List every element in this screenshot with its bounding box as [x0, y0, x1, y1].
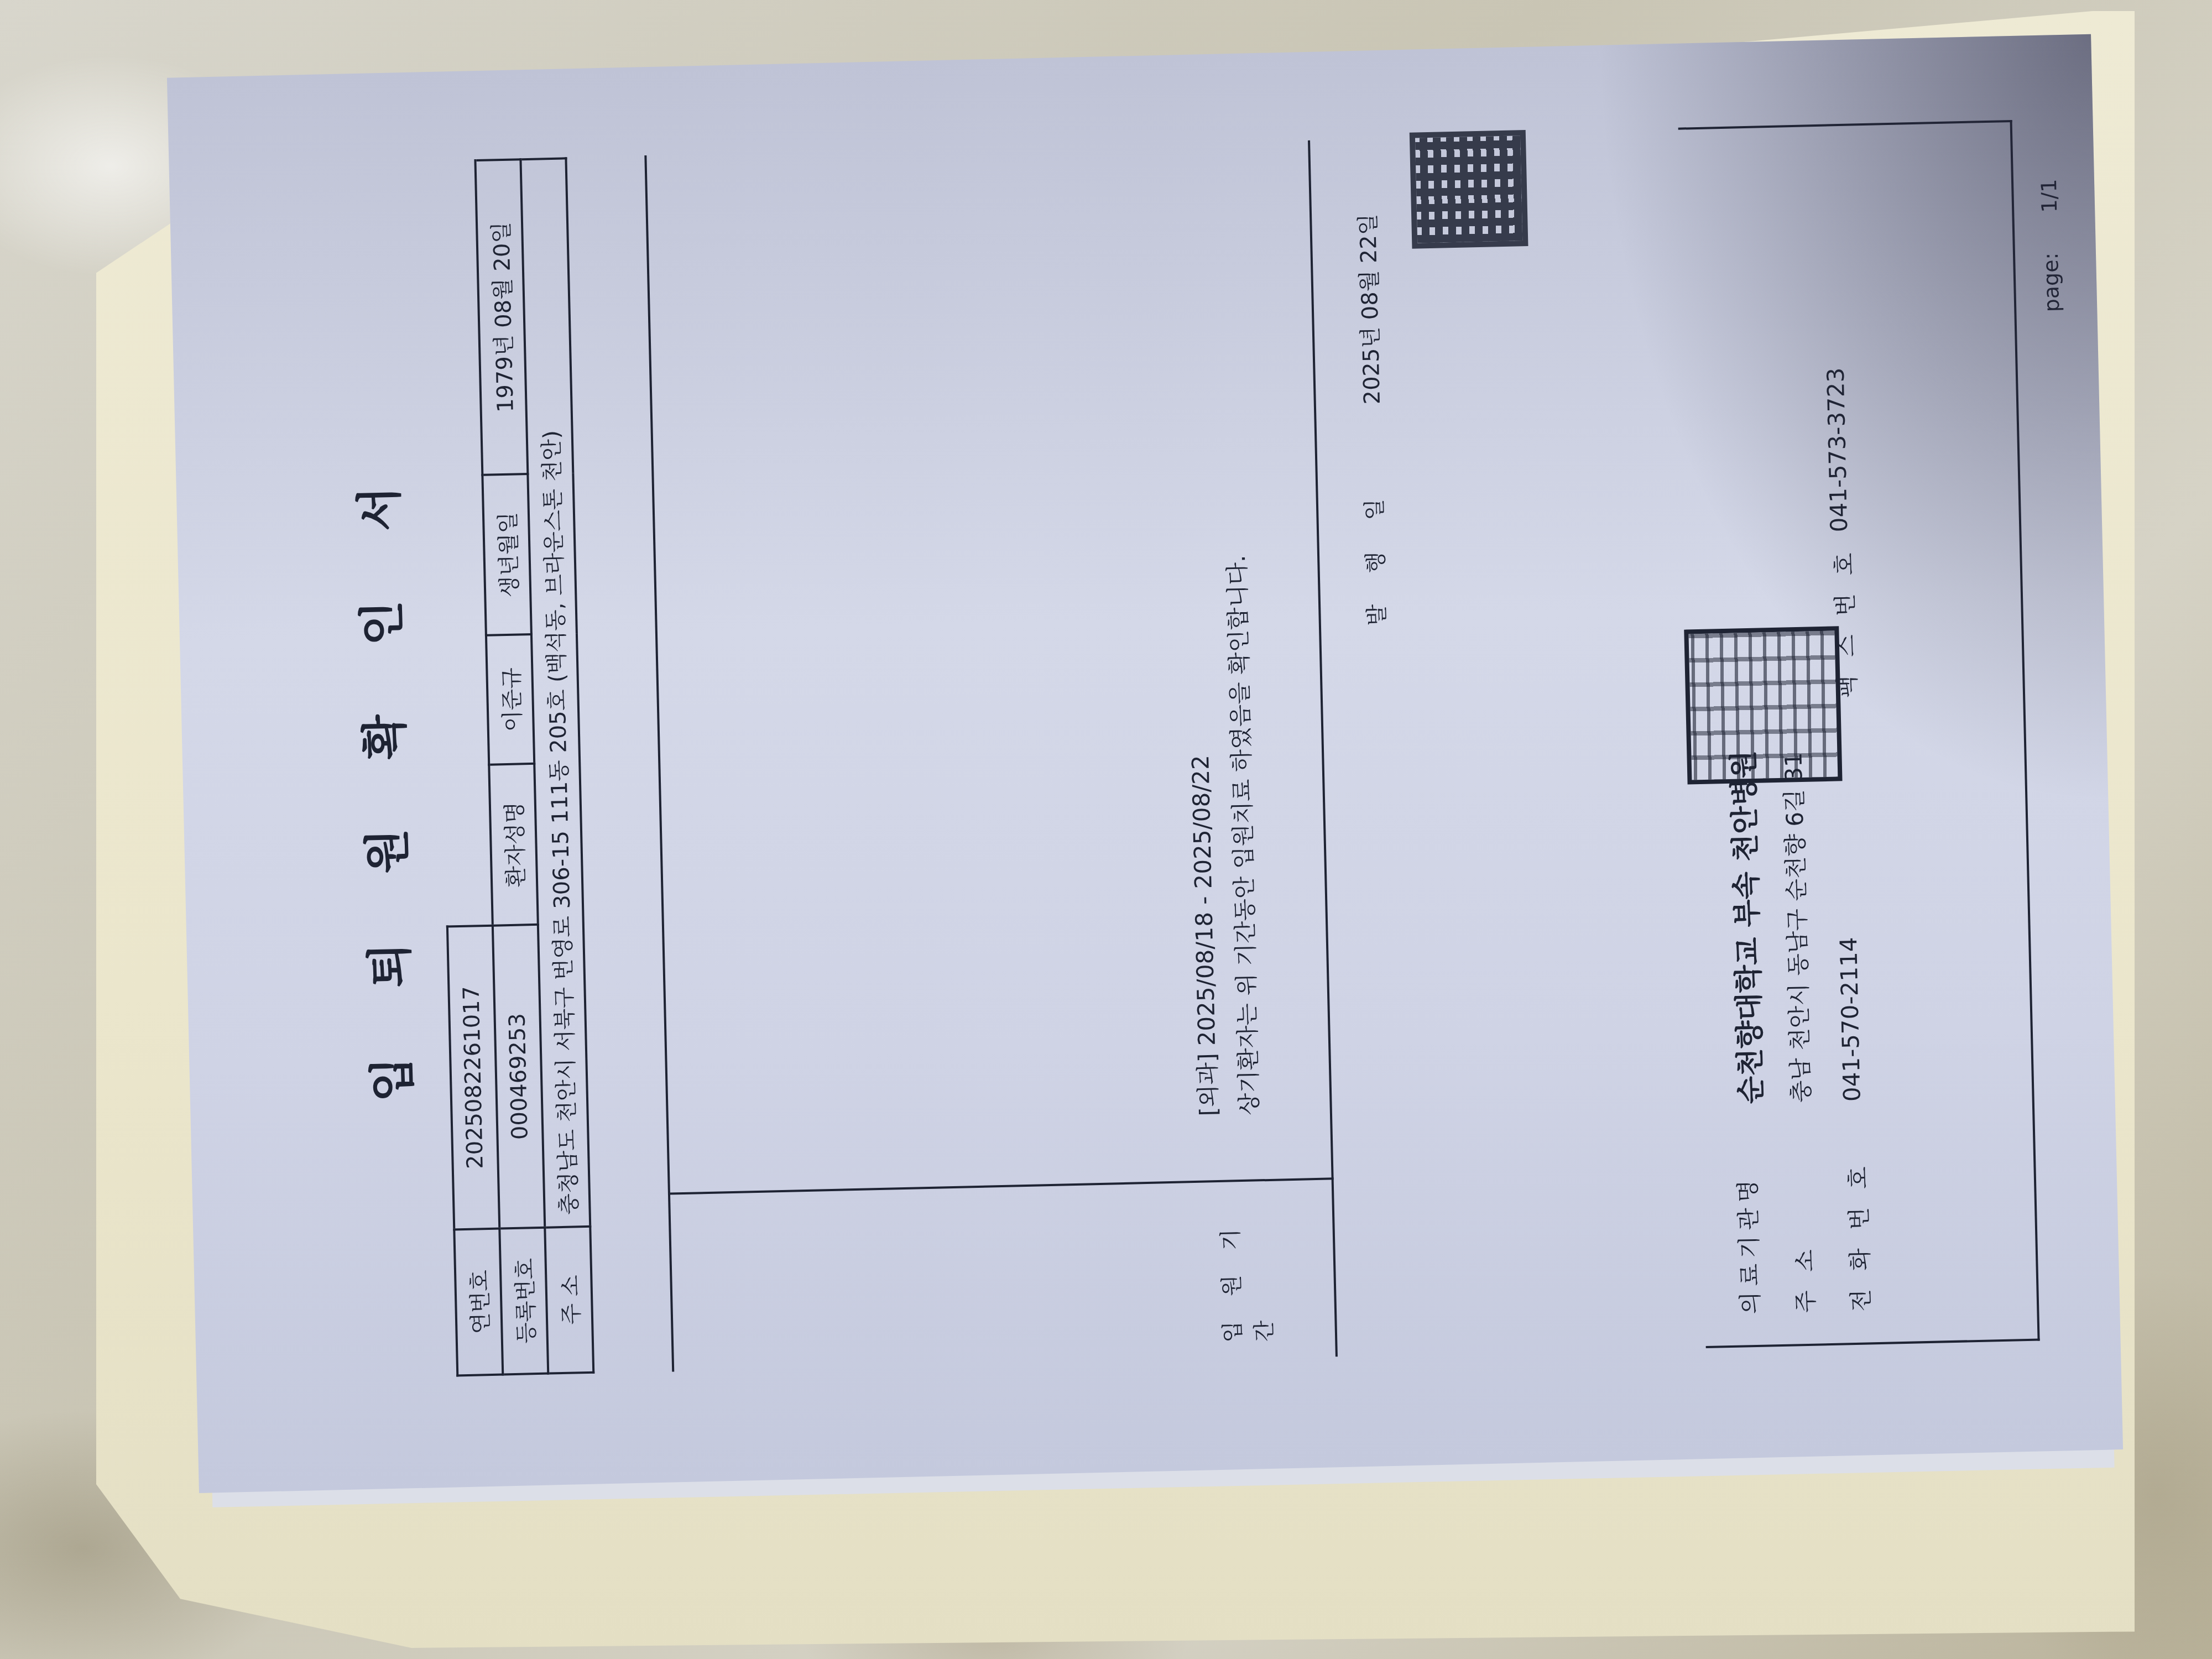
dob-value: 1979년 08월 20일 [475, 159, 528, 475]
serial-value: 2025082261017 [447, 925, 499, 1229]
name-label: 환자성명 [489, 764, 538, 925]
phone-label: 전 화 번 호 [1840, 1161, 1876, 1312]
page-number: page: 1/1 [2037, 179, 2064, 312]
fax-value: 041-573-3723 [1822, 367, 1853, 533]
address-label: 주 소 [545, 1227, 593, 1374]
issue-section: 발 행 일 2025년 08월 22일 [1308, 132, 1708, 1357]
page-label: page: [2038, 252, 2064, 312]
reg-value: 000469253 [493, 925, 545, 1229]
fax-label: 팩 스 번 호 [1826, 547, 1863, 698]
serial-label: 연번호 [454, 1229, 503, 1376]
official-seal-icon [1684, 626, 1842, 784]
issuer-address-label: 주 소 [1787, 1244, 1822, 1313]
page-value: 1/1 [2037, 179, 2062, 213]
admission-period-label-cell: 입 원 기 간 [670, 1177, 1338, 1371]
issue-date-label: 발 행 일 [1357, 486, 1391, 626]
admission-period-section: 입 원 기 간 [외과] 2025/08/18 - 2025/08/22 상기환… [644, 140, 1338, 1372]
phone-value: 041-570-2114 [1835, 937, 1866, 1102]
document-title: 입 퇴 원 확 인 서 [333, 72, 432, 1489]
qr-code-icon [1410, 130, 1528, 249]
name-value: 이준규 [486, 634, 534, 765]
reg-label: 등록번호 [499, 1228, 548, 1375]
document-photo: 입 퇴 원 확 인 서 연번호 2025082261017 등록번호 00046… [199, 22, 2124, 1482]
patient-info-table: 연번호 2025082261017 등록번호 000469253 환자성명 이준… [429, 157, 594, 1376]
institution-label: 의료기관명 [1730, 1174, 1766, 1314]
admission-period-label: 입 원 기 간 [1212, 1181, 1279, 1343]
admission-discharge-certificate: 입 퇴 원 확 인 서 연번호 2025082261017 등록번호 00046… [167, 34, 2123, 1493]
dob-label: 생년월일 [482, 474, 531, 635]
issue-date-value: 2025년 08월 22일 [1350, 213, 1386, 405]
institution-value: 순천향대학교 부속 천안병원 [1720, 750, 1769, 1105]
admission-period-text: [외과] 2025/08/18 - 2025/08/22 상기환자는 위 기간동… [1176, 555, 1270, 1117]
